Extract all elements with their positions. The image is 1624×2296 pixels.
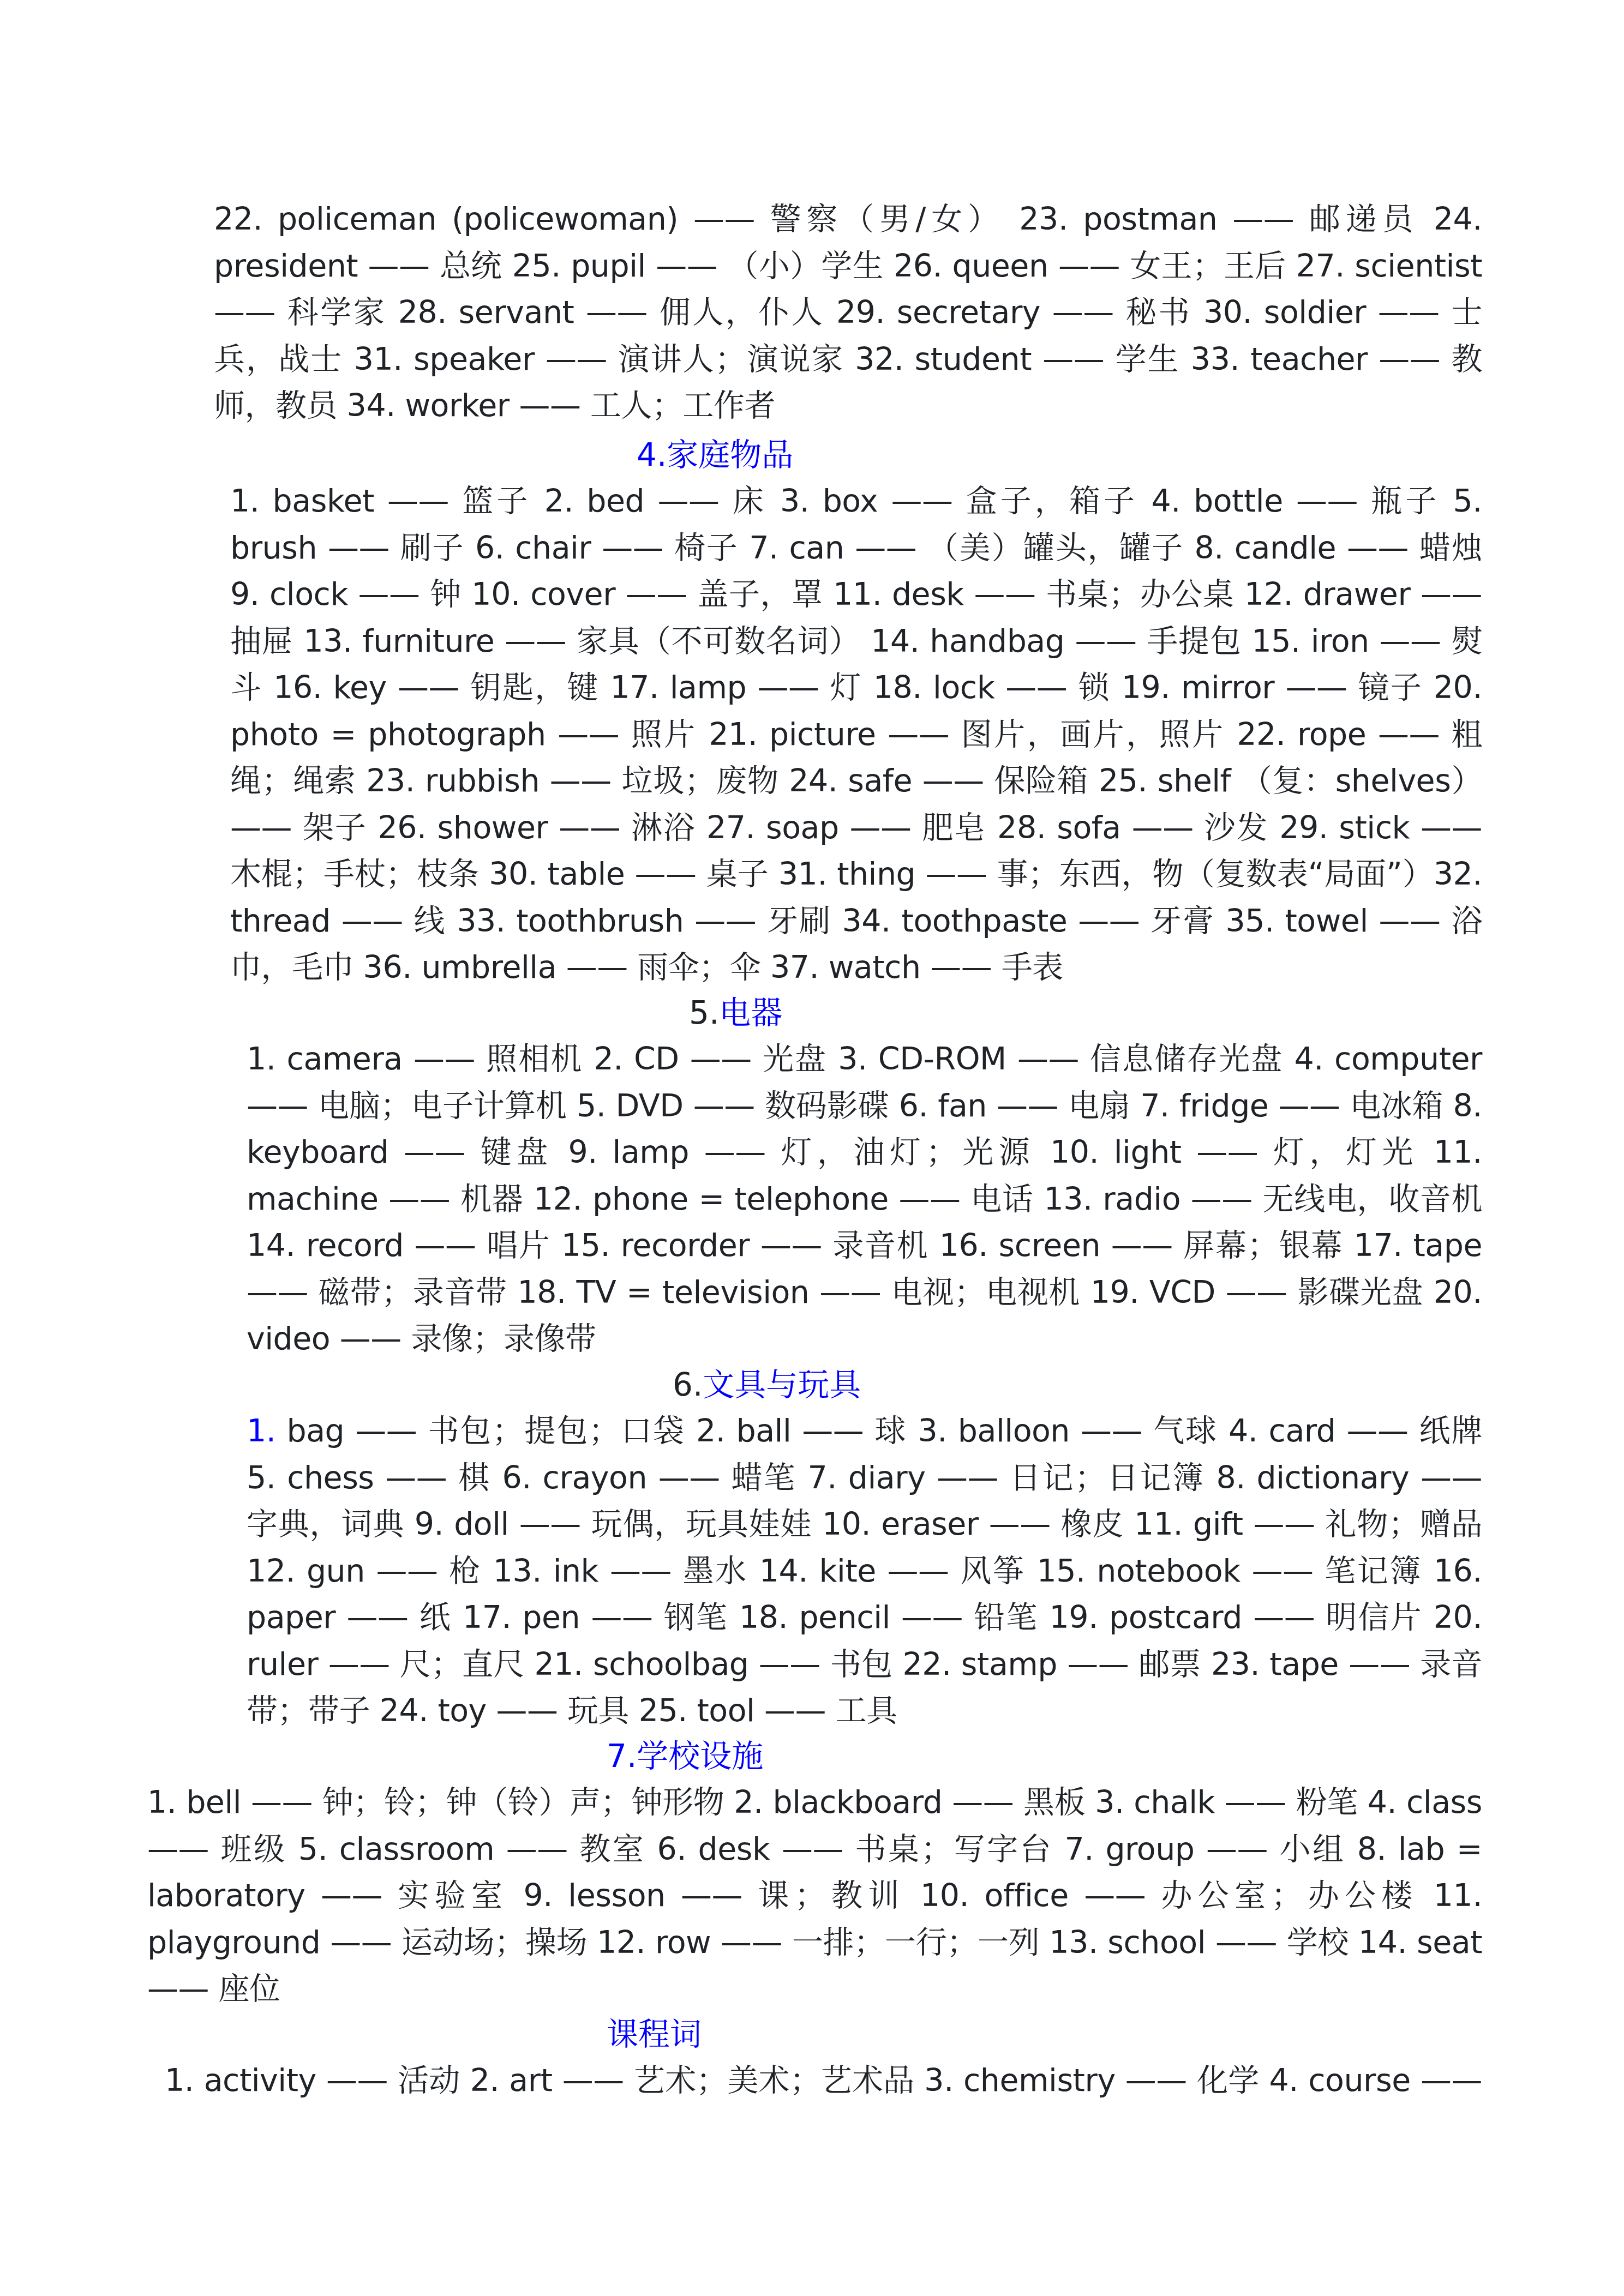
section-number: 5.: [689, 994, 719, 1031]
course-words-text: 1. activity —— 活动 2. art —— 艺术；美术；艺术品 3.…: [165, 2058, 1482, 2105]
household-items-entries: 1. basket —— 篮子 2. bed —— 床 3. box —— 盒子…: [230, 483, 1482, 985]
stationery-toys-entries: bag —— 书包；提包；口袋 2. ball —— 球 3. balloon …: [247, 1413, 1482, 1729]
school-facilities-entries: 1. bell —— 钟；铃；钟（铃）声；钟形物 2. blackboard —…: [147, 1784, 1482, 2007]
section-heading-stationery-toys: 6.文具与玩具: [673, 1362, 861, 1408]
section-title: 学校设施: [637, 1738, 763, 1775]
section-heading-household-items: 4.家庭物品: [637, 432, 793, 478]
appliances-entries: 1. camera —— 照相机 2. CD —— 光盘 3. CD-ROM —…: [247, 1041, 1482, 1357]
section-title: 家庭物品: [667, 436, 793, 473]
school-facilities-text: 1. bell —— 钟；铃；钟（铃）声；钟形物 2. blackboard —…: [147, 1780, 1482, 2013]
section-number: 6.: [673, 1366, 703, 1403]
section-heading-appliances: 5.电器: [689, 990, 782, 1036]
section-heading-course-words: 课程词: [607, 2011, 702, 2058]
occupations-text: 22. policeman (policewoman) —— 警察（男/女） 2…: [214, 196, 1482, 430]
first-item-number: 1.: [247, 1413, 275, 1449]
stationery-toys-text: 1. bag —— 书包；提包；口袋 2. ball —— 球 3. ballo…: [247, 1408, 1482, 1735]
section-number: 7.: [607, 1738, 637, 1775]
occupations-entries: 22. policeman (policewoman) —— 警察（男/女） 2…: [214, 201, 1482, 424]
course-words-entries: 1. activity —— 活动 2. art —— 艺术；美术；艺术品 3.…: [165, 2063, 1482, 2099]
section-title: 课程词: [607, 2016, 702, 2053]
appliances-text: 1. camera —— 照相机 2. CD —— 光盘 3. CD-ROM —…: [247, 1036, 1482, 1363]
section-number: 4.: [637, 436, 667, 473]
household-items-text: 1. basket —— 篮子 2. bed —— 床 3. box —— 盒子…: [230, 478, 1482, 991]
section-title: 电器: [719, 994, 782, 1031]
section-heading-school-facilities: 7.学校设施: [607, 1733, 763, 1780]
section-title: 文具与玩具: [703, 1366, 861, 1403]
